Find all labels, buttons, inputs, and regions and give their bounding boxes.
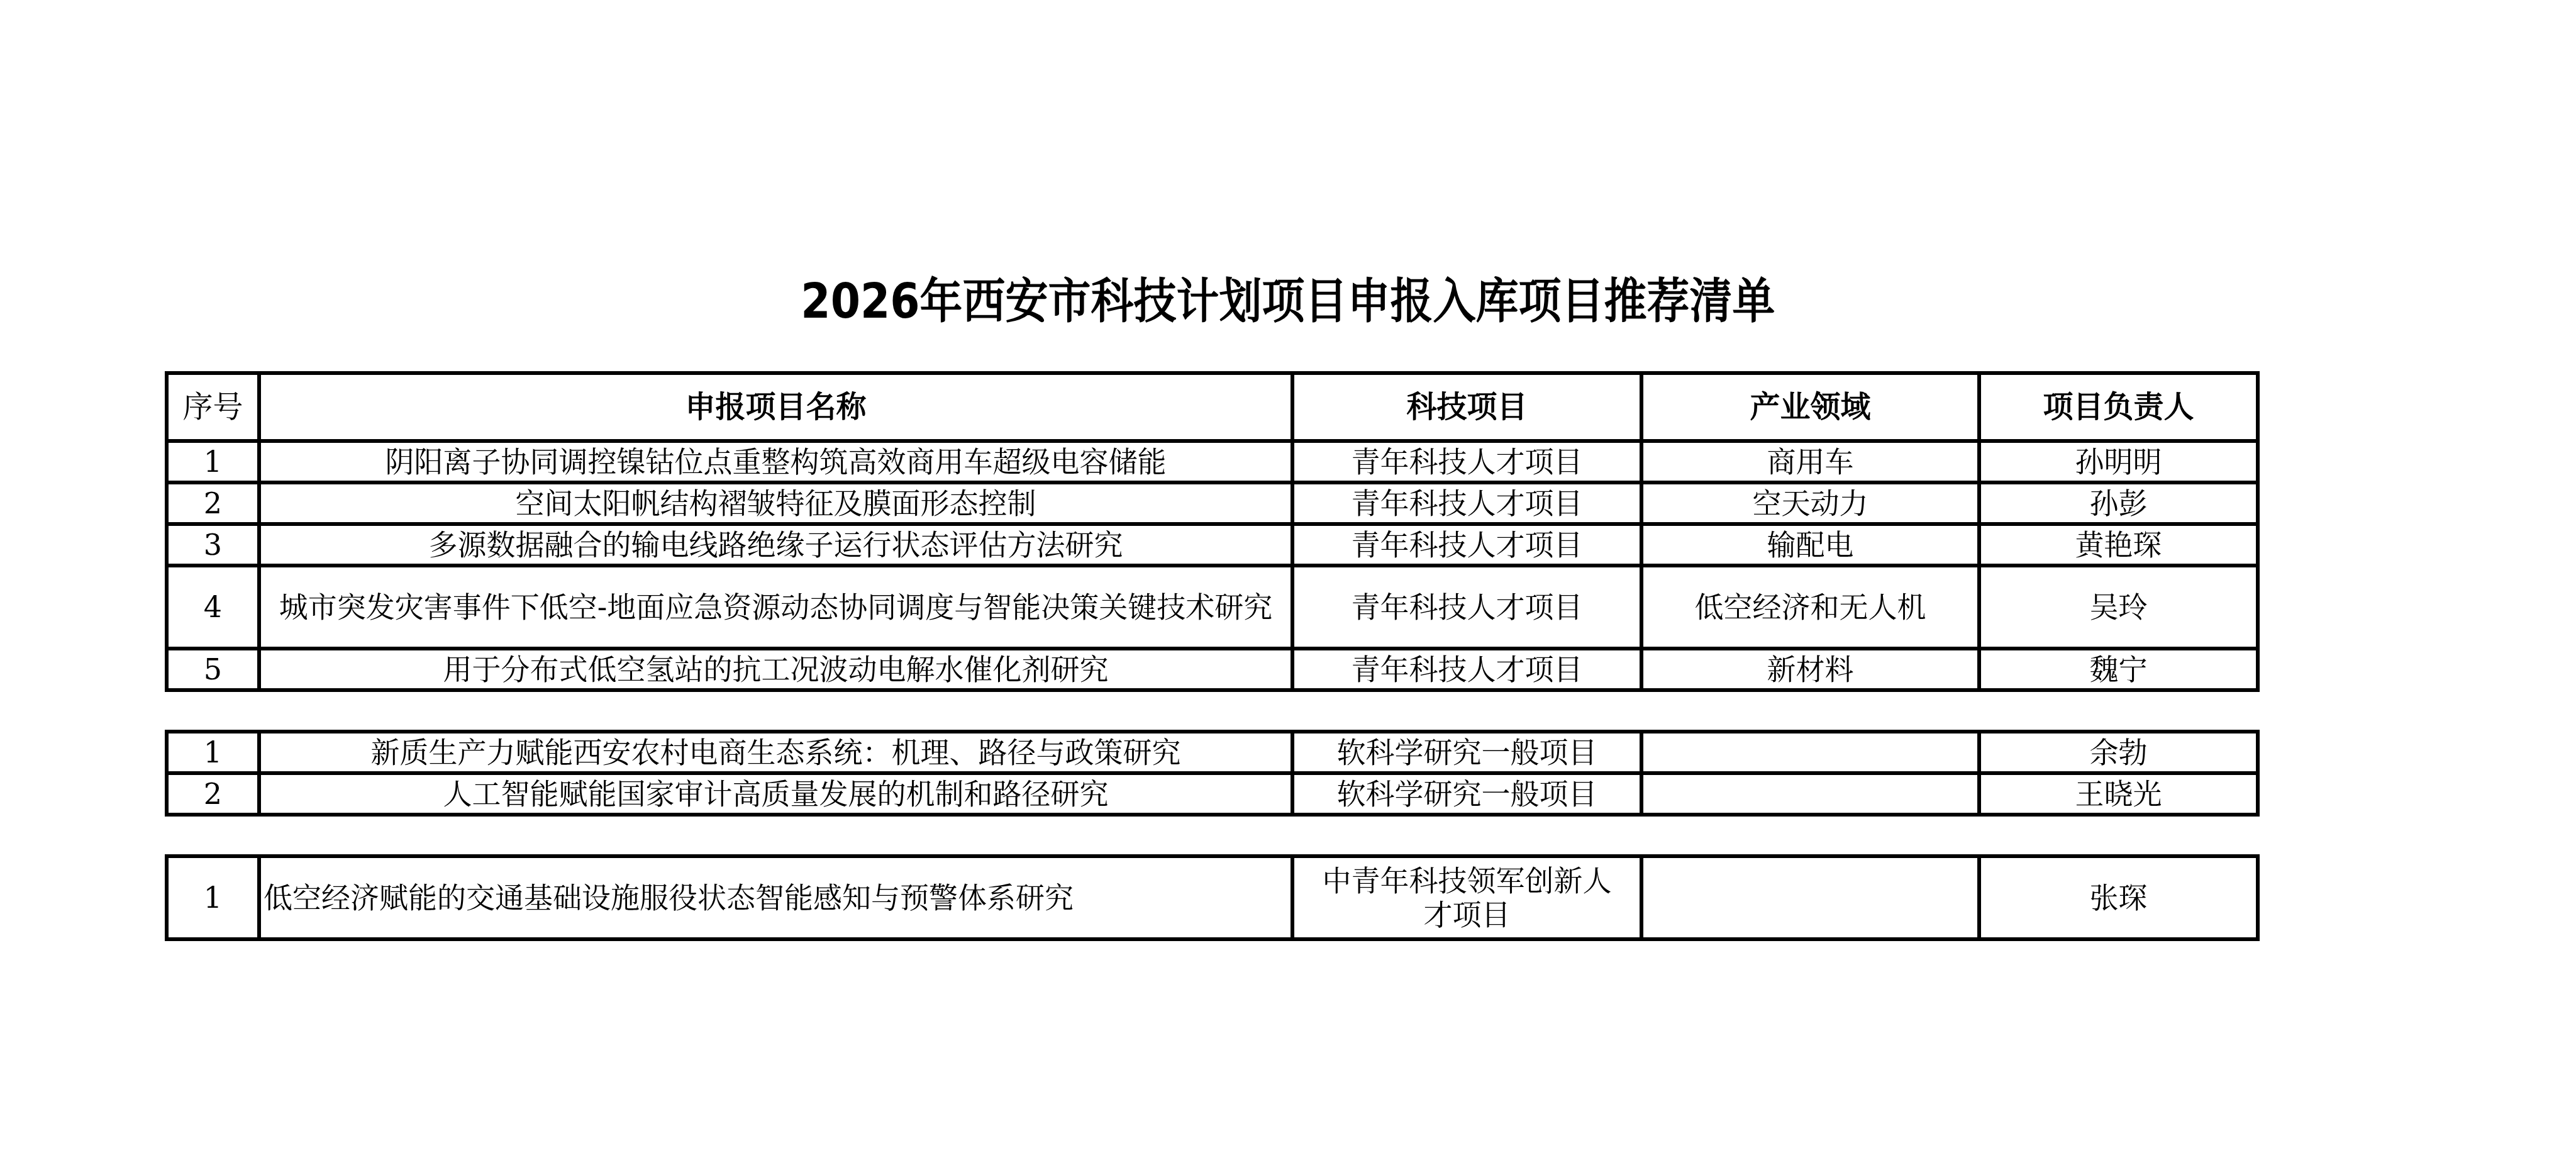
- cell-program: 青年科技人才项目: [1292, 566, 1641, 649]
- cell-project-name: 多源数据融合的输电线路绝缘子运行状态评估方法研究: [259, 524, 1292, 566]
- cell-program: 青年科技人才项目: [1292, 482, 1641, 524]
- cell-index: 2: [167, 482, 259, 524]
- project-table-section-3: 1 低空经济赋能的交通基础设施服役状态智能感知与预警体系研究 中青年科技领军创新…: [165, 854, 2260, 941]
- cell-index: 1: [167, 732, 259, 773]
- cell-leader: 魏宁: [1979, 649, 2258, 690]
- table-row: 4 城市突发灾害事件下低空-地面应急资源动态协同调度与智能决策关键技术研究 青年…: [167, 566, 2258, 649]
- cell-industry: [1641, 732, 1979, 773]
- cell-project-name: 阴阳离子协同调控镍钴位点重整构筑高效商用车超级电容储能: [259, 441, 1292, 482]
- table-row: 1 新质生产力赋能西安农村电商生态系统：机理、路径与政策研究 软科学研究一般项目…: [167, 732, 2258, 773]
- cell-industry: [1641, 773, 1979, 815]
- cell-project-name: 城市突发灾害事件下低空-地面应急资源动态协同调度与智能决策关键技术研究: [259, 566, 1292, 649]
- cell-industry: 低空经济和无人机: [1641, 566, 1979, 649]
- table-row: 1 低空经济赋能的交通基础设施服役状态智能感知与预警体系研究 中青年科技领军创新…: [167, 856, 2258, 939]
- cell-program: 青年科技人才项目: [1292, 524, 1641, 566]
- cell-industry: 输配电: [1641, 524, 1979, 566]
- cell-leader: 王晓光: [1979, 773, 2258, 815]
- table-row: 1 阴阳离子协同调控镍钴位点重整构筑高效商用车超级电容储能 青年科技人才项目 商…: [167, 441, 2258, 482]
- cell-index: 1: [167, 441, 259, 482]
- table-row: 2 空间太阳帆结构褶皱特征及膜面形态控制 青年科技人才项目 空天动力 孙彭: [167, 482, 2258, 524]
- cell-leader: 孙彭: [1979, 482, 2258, 524]
- table-row: 2 人工智能赋能国家审计高质量发展的机制和路径研究 软科学研究一般项目 王晓光: [167, 773, 2258, 815]
- table-header-row: 序号 申报项目名称 科技项目 产业领域 项目负责人: [167, 373, 2258, 441]
- header-index: 序号: [167, 373, 259, 441]
- cell-industry: [1641, 856, 1979, 939]
- table-row: 5 用于分布式低空氢站的抗工况波动电解水催化剂研究 青年科技人才项目 新材料 魏…: [167, 649, 2258, 690]
- project-table-section-1: 序号 申报项目名称 科技项目 产业领域 项目负责人 1 阴阳离子协同调控镍钴位点…: [165, 371, 2260, 692]
- cell-index: 1: [167, 856, 259, 939]
- cell-leader: 张琛: [1979, 856, 2258, 939]
- cell-project-name: 空间太阳帆结构褶皱特征及膜面形态控制: [259, 482, 1292, 524]
- cell-program: 青年科技人才项目: [1292, 649, 1641, 690]
- cell-index: 2: [167, 773, 259, 815]
- table-row: 3 多源数据融合的输电线路绝缘子运行状态评估方法研究 青年科技人才项目 输配电 …: [167, 524, 2258, 566]
- cell-industry: 新材料: [1641, 649, 1979, 690]
- cell-index: 5: [167, 649, 259, 690]
- cell-project-name: 人工智能赋能国家审计高质量发展的机制和路径研究: [259, 773, 1292, 815]
- header-industry: 产业领域: [1641, 373, 1979, 441]
- cell-industry: 商用车: [1641, 441, 1979, 482]
- cell-program: 软科学研究一般项目: [1292, 732, 1641, 773]
- cell-leader: 孙明明: [1979, 441, 2258, 482]
- cell-project-name: 低空经济赋能的交通基础设施服役状态智能感知与预警体系研究: [259, 856, 1292, 939]
- cell-leader: 余勃: [1979, 732, 2258, 773]
- cell-index: 3: [167, 524, 259, 566]
- cell-leader: 黄艳琛: [1979, 524, 2258, 566]
- header-program: 科技项目: [1292, 373, 1641, 441]
- cell-program: 软科学研究一般项目: [1292, 773, 1641, 815]
- document-title: 2026年西安市科技计划项目申报入库项目推荐清单: [0, 267, 2576, 337]
- cell-industry: 空天动力: [1641, 482, 1979, 524]
- cell-project-name: 新质生产力赋能西安农村电商生态系统：机理、路径与政策研究: [259, 732, 1292, 773]
- cell-program: 中青年科技领军创新人才项目: [1292, 856, 1641, 939]
- project-table-section-2: 1 新质生产力赋能西安农村电商生态系统：机理、路径与政策研究 软科学研究一般项目…: [165, 730, 2260, 817]
- cell-index: 4: [167, 566, 259, 649]
- header-project-name: 申报项目名称: [259, 373, 1292, 441]
- cell-leader: 吴玲: [1979, 566, 2258, 649]
- cell-project-name: 用于分布式低空氢站的抗工况波动电解水催化剂研究: [259, 649, 1292, 690]
- cell-program: 青年科技人才项目: [1292, 441, 1641, 482]
- header-leader: 项目负责人: [1979, 373, 2258, 441]
